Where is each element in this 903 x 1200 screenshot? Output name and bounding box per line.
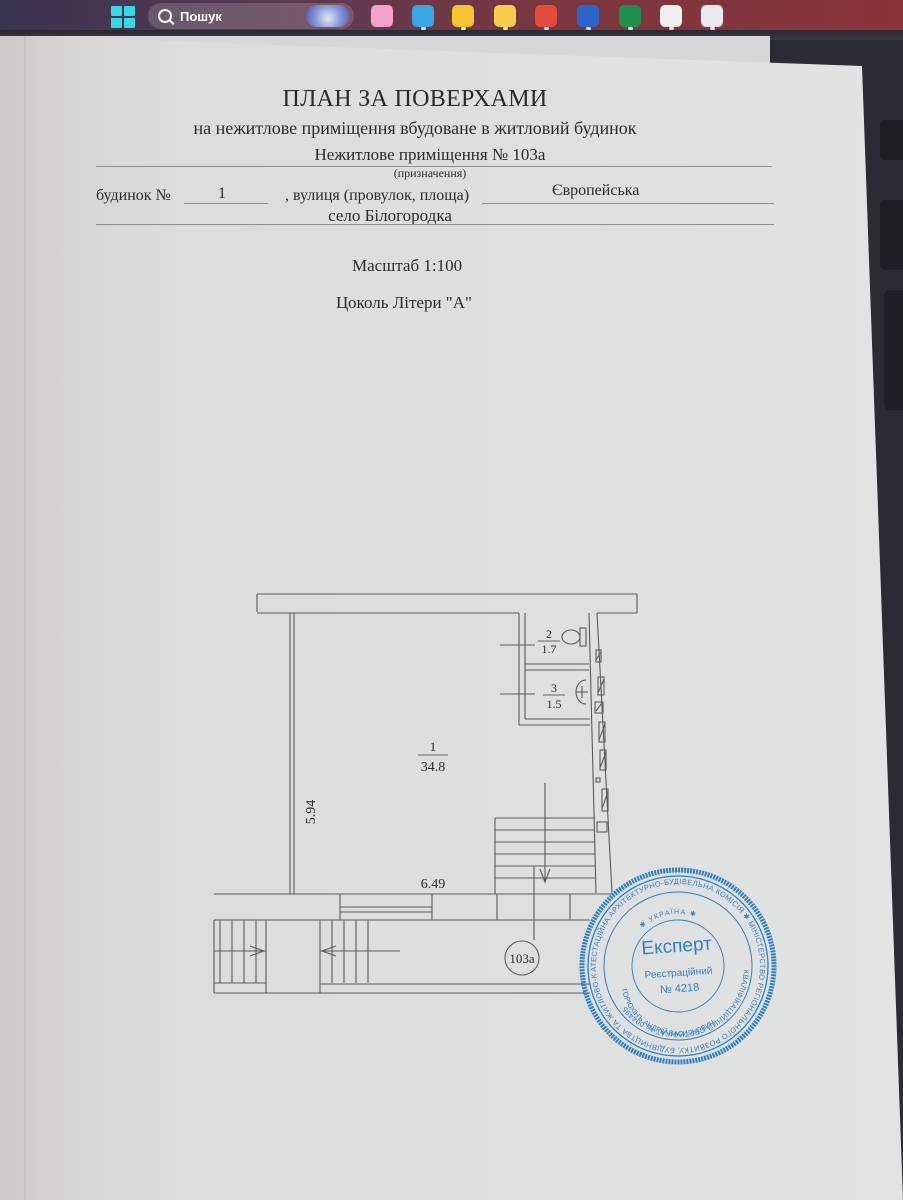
village: село Білогородка xyxy=(0,206,780,226)
street-label: , вулиця (провулок, площа) xyxy=(285,187,469,205)
street-value: Європейська xyxy=(552,182,639,200)
stamp-registration-label: Реєстраційний xyxy=(644,966,712,982)
document-subtitle: на нежитлове приміщення вбудоване в житл… xyxy=(0,118,830,139)
search-highlight-icon[interactable] xyxy=(306,5,350,27)
floor-label: Цоколь Літери "А" xyxy=(336,293,472,313)
street-underline xyxy=(482,203,774,204)
taskbar-search[interactable]: Пошук xyxy=(148,3,354,29)
premises-purpose: Нежитлове приміщення № 103а xyxy=(0,145,860,165)
keyboard-key xyxy=(884,290,903,410)
telegram-icon[interactable] xyxy=(412,5,434,27)
search-label: Пошук xyxy=(180,9,222,24)
word-icon[interactable] xyxy=(577,5,599,27)
app-icon[interactable] xyxy=(701,5,723,27)
house-number: 1 xyxy=(218,185,226,203)
stamp-title: Експерт xyxy=(641,934,713,960)
document-title: ПЛАН ЗА ПОВЕРХАМИ xyxy=(0,86,830,113)
copilot-icon[interactable] xyxy=(371,5,393,27)
windows-start-icon[interactable] xyxy=(111,6,135,28)
stamp-registration-number: № 4218 xyxy=(660,982,700,997)
pdf-reader-icon[interactable] xyxy=(660,5,682,27)
village-underline xyxy=(96,224,774,225)
svg-text:✱ УКРАЇНА ✱: ✱ УКРАЇНА ✱ xyxy=(637,906,699,930)
keyboard-key xyxy=(880,120,903,160)
plan-scale: Масштаб 1:100 xyxy=(352,256,462,276)
keyboard-key xyxy=(880,200,903,270)
expert-stamp: АТЕСТАЦІЙНА АРХІТЕКТУРНО-БУДІВЕЛЬНА КОМІ… xyxy=(571,859,784,1072)
search-icon xyxy=(158,9,172,23)
house-number-underline xyxy=(184,203,268,204)
house-label: будинок № xyxy=(96,187,171,205)
chrome-icon[interactable] xyxy=(535,5,557,27)
file-explorer-icon[interactable] xyxy=(494,5,516,27)
excel-icon[interactable] xyxy=(619,5,641,27)
purpose-hint: (призначення) xyxy=(0,166,860,181)
stamp-inner-ring-text: ✱ УКРАЇНА ✱ xyxy=(637,906,699,930)
1c-icon[interactable] xyxy=(452,5,474,27)
